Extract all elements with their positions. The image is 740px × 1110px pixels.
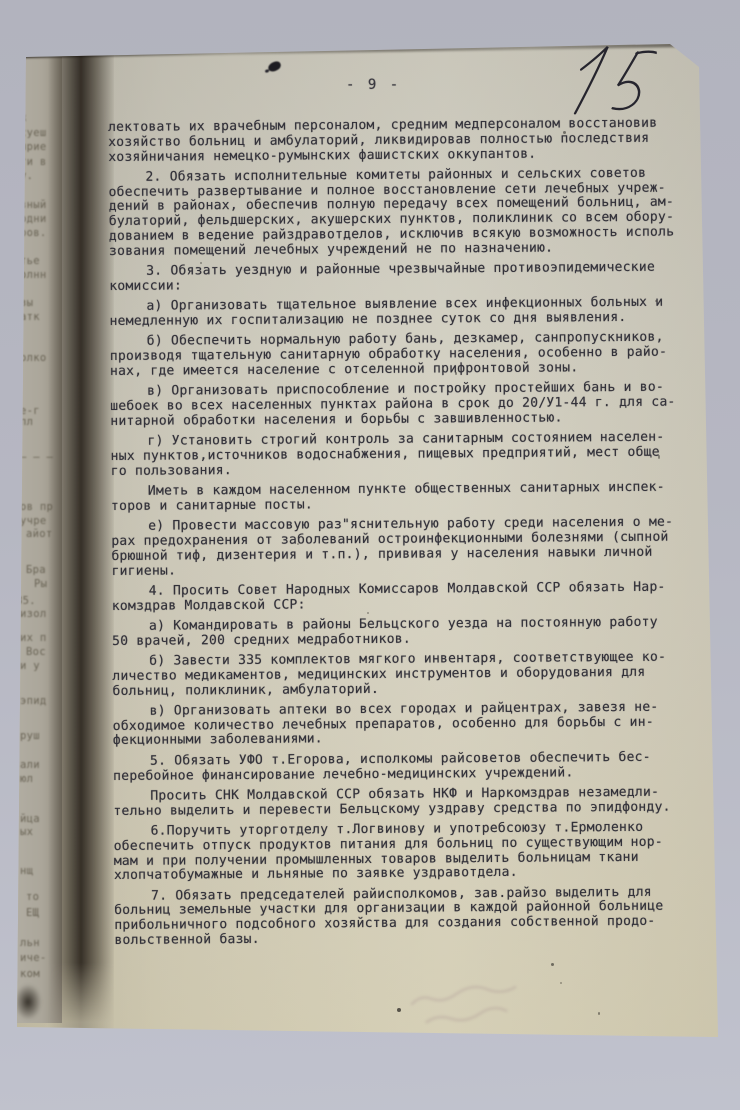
- margin-fragment: эпид: [20, 696, 47, 707]
- paragraph: 6.Поручить уторготделу т.Логвинову и упо…: [114, 820, 702, 884]
- handwritten-15-strokes: [561, 43, 657, 128]
- margin-fragment: учре: [20, 516, 47, 527]
- margin-fragment: зы: [20, 298, 33, 309]
- photo-background: жсуешприети ву.вныйодниров.тьеолннзыатко…: [0, 0, 740, 1110]
- paragraph: б) Завести 335 комплектов мягкого инвент…: [112, 650, 700, 699]
- body-line: нах, где имеется население с отселенной …: [110, 360, 698, 379]
- margin-fragment: йца: [20, 814, 40, 825]
- body-text: лектовать их врачебным персоналом, средн…: [108, 116, 703, 954]
- binding-fold-shadow: [48, 44, 114, 1032]
- page-number: - 9 -: [346, 77, 401, 93]
- margin-fragment: тье: [20, 256, 40, 267]
- margin-fragment: юл: [20, 774, 33, 785]
- margin-fragment: их п: [20, 633, 47, 644]
- margin-fragment: прие: [20, 142, 47, 153]
- paragraph: г) Установить строгий контроль за санита…: [110, 431, 698, 480]
- paper-speck: [455, 372, 457, 375]
- margin-fragment: олко: [20, 353, 47, 364]
- paragraph: 3. Обязать уездную и районные чрезвычайн…: [109, 261, 697, 295]
- paper-speck: [598, 1012, 600, 1015]
- paragraph: в) Организовать приспособление и построй…: [110, 381, 698, 430]
- margin-fragment: ж: [20, 113, 27, 124]
- paper-speck: [551, 963, 554, 966]
- paper-speck: [367, 612, 369, 614]
- margin-fragment: ЕЩ: [26, 908, 39, 919]
- margin-fragment: ти в: [20, 157, 47, 168]
- paragraph: Иметь в каждом населенном пункте обществ…: [111, 480, 699, 514]
- margin-fragment: Бра: [26, 565, 46, 576]
- paragraph: в) Организовать аптеки во всех городах и…: [113, 700, 701, 749]
- paragraph: а) Организовать тщательное выявление все…: [109, 296, 697, 330]
- body-line: хлопчатобумажные и льняные по заявке узд…: [114, 865, 702, 884]
- margin-fragment: то: [26, 892, 39, 903]
- margin-fragment: и у: [20, 661, 40, 672]
- paper-speck: [560, 982, 562, 984]
- paragraph: 2. Обязать исполнительные комитеты район…: [108, 166, 697, 259]
- paper-speck: [397, 1008, 401, 1012]
- paragraph: 4. Просить Совет Народных Комиссаров Мол…: [112, 580, 700, 614]
- paragraph: а) Командировать в районы Бельцского уез…: [112, 615, 700, 649]
- margin-fragment: али: [20, 760, 40, 771]
- margin-fragment: олнн: [20, 270, 47, 281]
- body-line: торов и санитарные посты.: [111, 495, 699, 514]
- body-line: больниц, поликлиник, амбулаторий.: [112, 680, 700, 699]
- margin-fragment: пл: [20, 417, 33, 428]
- paper-speck: [200, 262, 202, 264]
- document-page: жсуешприети ву.вныйодниров.тьеолннзыатко…: [0, 0, 740, 1110]
- margin-fragment: изол: [20, 609, 47, 620]
- body-line: 50 врачей, 200 средних медработников.: [112, 630, 700, 649]
- body-line: вольственной базы.: [114, 929, 702, 948]
- margin-fragment: ых: [20, 827, 33, 838]
- paper-speck: [297, 543, 299, 545]
- margin-fragment: одни: [20, 214, 47, 225]
- margin-fragment: Ры: [34, 579, 47, 590]
- margin-fragment: руш: [20, 731, 40, 742]
- paper-speck: [655, 300, 657, 302]
- paper-speck: [241, 905, 243, 908]
- margin-fragment: атк: [20, 312, 40, 323]
- handwritten-page-mark: [561, 43, 657, 128]
- margin-fragment: ком: [20, 969, 40, 980]
- body-line: перебойное финансирование лечебно-медици…: [113, 765, 701, 784]
- body-line: нитарной обработки населения и борьбы с …: [110, 410, 698, 429]
- margin-fragment: ров.: [20, 228, 47, 239]
- margin-fragment: нщ: [20, 866, 33, 877]
- paragraph: б) Обеспечить нормальную работу бань, де…: [110, 331, 698, 380]
- paper-speck: [563, 131, 566, 134]
- body-line: комздрав Молдавской ССР:: [112, 595, 700, 614]
- body-line: зования помещений лечебных учреждений не…: [109, 240, 697, 259]
- margin-fragment: льн: [20, 938, 40, 949]
- margin-fragment: суеш: [20, 128, 47, 139]
- bleed-through-marks: [405, 983, 545, 1032]
- body-line: тельно выделить и перевести Бельцскому у…: [113, 800, 701, 819]
- paper-speck: [658, 455, 660, 459]
- paragraph: 5. Обязать УФО т.Егорова, исполкомы райс…: [113, 750, 701, 784]
- bottom-left-smudge: [16, 984, 46, 1024]
- margin-fragment: Вос: [26, 647, 46, 658]
- margin-fragment: вный: [20, 200, 47, 211]
- paragraph: 7. Обязать председателей райисполкомов, …: [114, 885, 702, 949]
- paragraph: е) Провести массовую раз"яснительную раб…: [111, 515, 699, 579]
- margin-fragment: у.: [20, 171, 33, 182]
- margin-fragment: 85.: [16, 596, 36, 607]
- margin-fragment: иче-: [20, 953, 47, 964]
- body-line: го пользования.: [111, 460, 699, 479]
- paragraph: лектовать их врачебным персоналом, средн…: [108, 116, 696, 165]
- body-line: фекционными заболеваниями.: [113, 730, 701, 749]
- body-line: немедленную их госпитализацию не позднее…: [110, 310, 698, 329]
- body-line: хозяйничания немецко-румынских фашистски…: [108, 146, 696, 165]
- paragraph: Просить СНК Молдавской ССР обязать НКФ и…: [113, 785, 701, 819]
